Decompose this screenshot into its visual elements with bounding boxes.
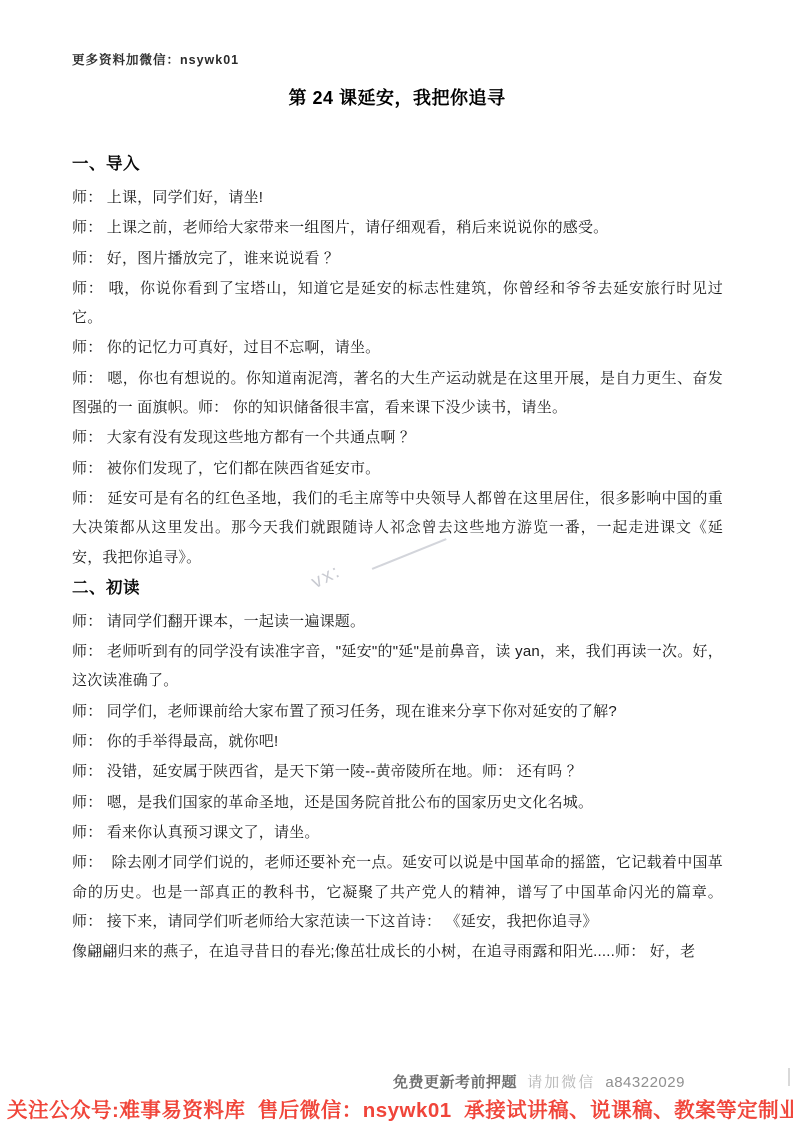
dialogue-line: 师： 大家有没有发现这些地方都有一个共通点啊 ？ — [72, 423, 723, 452]
header-promo-text: 更多资料加微信：nsywk01 — [72, 50, 239, 68]
dialogue-line: 师： 同学们，老师课前给大家布置了预习任务，现在谁来分享下你对延安的了解? — [72, 697, 723, 726]
dialogue-line: 师： 哦，你说你看到了宝塔山，知道它是延安的标志性建筑，你曾经和爷爷去延安旅行时… — [72, 274, 723, 333]
dialogue-line: 师： 你的记忆力可真好，过目不忘啊，请坐。 — [72, 333, 723, 362]
footer-promo-title: 免费更新考前押题 — [393, 1074, 517, 1091]
dialogue-line: 师： 请同学们翻开课本，一起读一遍课题。 — [72, 607, 723, 636]
document-body: 一、导入 师： 上课，同学们好，请坐! 师： 上课之前，老师给大家带来一组图片，… — [72, 150, 723, 967]
dialogue-line: 师： 嗯，你也有想说的。你知道南泥湾，著名的大生产运动就是在这里开展，是自力更生… — [72, 364, 723, 423]
dialogue-line: 像翩翩归来的燕子，在追寻昔日的春光;像茁壮成长的小树，在追寻雨露和阳光.....… — [72, 937, 723, 966]
dialogue-line: 师： 老师听到有的同学没有读准字音，"延安"的"延"是前鼻音，读 yan，来，我… — [72, 637, 723, 696]
dialogue-line: 师： 看来你认真预习课文了，请坐。 — [72, 818, 723, 847]
dialogue-line: 师： 嗯，是我们国家的革命圣地，还是国务院首批公布的国家历史文化名城。 — [72, 788, 723, 817]
dialogue-line: 师： 没错，延安属于陕西省，是天下第一陵--黄帝陵所在地。师： 还有吗 ？ — [72, 757, 723, 786]
page-edge-mark — [788, 1068, 790, 1086]
footer-wechat-id: a84322029 — [605, 1074, 685, 1091]
dialogue-line: 师： 上课之前，老师给大家带来一组图片，请仔细观看，稍后来说说你的感受。 — [72, 213, 723, 242]
dialogue-line: 师： 上课，同学们好，请坐! — [72, 183, 723, 212]
footer-red-banner: 关注公众号:难事易资料库 售后微信：nsywk01 承接试讲稿、说课稿、教案等定… — [7, 1093, 787, 1122]
dialogue-line: 师： 延安可是有名的红色圣地，我们的毛主席等中央领导人都曾在这里居住，很多影响中… — [72, 484, 723, 572]
section-heading-intro: 一、导入 — [72, 150, 723, 179]
dialogue-line: 师： 好，图片播放完了，谁来说说看 ？ — [72, 244, 723, 273]
document-page: 更多资料加微信：nsywk01 第 24 课延安，我把你追寻 一、导入 师： 上… — [0, 0, 793, 1122]
footer-promo-hint: 请加微信 — [527, 1074, 595, 1091]
section-heading-first-read: 二、初读 — [72, 574, 723, 603]
dialogue-line: 师： 除去刚才同学们说的，老师还要补充一点。延安可以说是中国革命的摇篮，它记载着… — [72, 848, 723, 936]
dialogue-line: 师： 你的手举得最高，就你吧! — [72, 727, 723, 756]
page-title: 第 24 课延安，我把你追寻 — [72, 84, 722, 110]
dialogue-line: 师： 被你们发现了，它们都在陕西省延安市。 — [72, 454, 723, 483]
footer-promo: 免费更新考前押题 请加微信 a84322029 — [393, 1071, 685, 1092]
